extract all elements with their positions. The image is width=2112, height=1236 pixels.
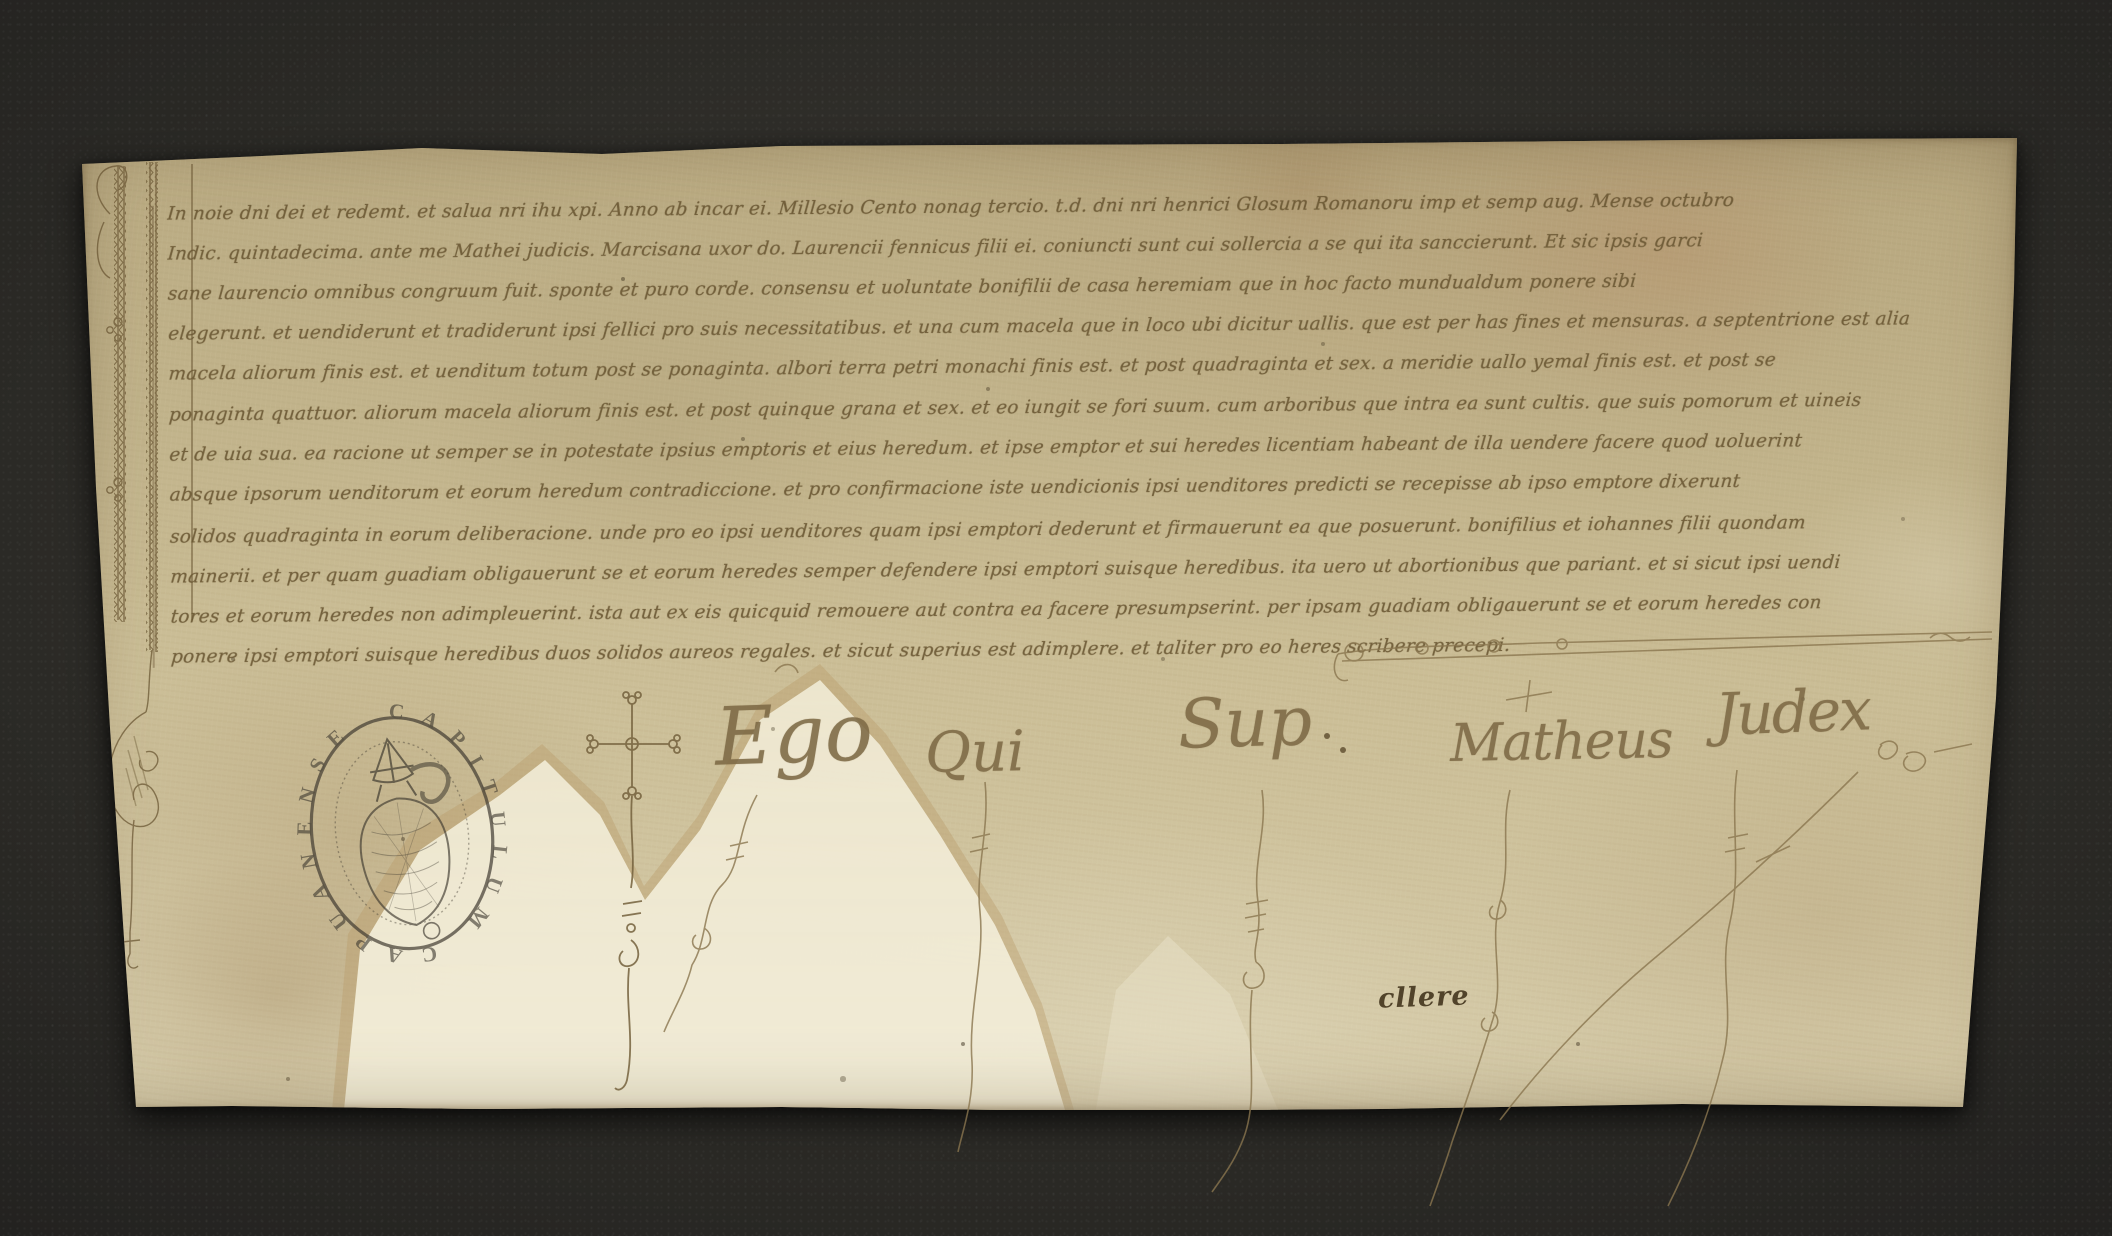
shield-device (353, 792, 462, 948)
manuscript-line: sane laurencio omnibus congruum fuit. sp… (166, 268, 1993, 324)
manuscript-line: ponaginta quattuor. aliorum macela alior… (167, 389, 1994, 445)
notarial-sign-ornament (88, 150, 208, 980)
manuscript-line: mainerii. et per quam guadiam obligaueru… (168, 551, 1995, 607)
manuscript-line: solidos quadraginta in eorum deliberacio… (168, 511, 1995, 567)
signature-word-qui: Qui (924, 719, 1025, 786)
signature-word-sup: Sup (1177, 682, 1313, 764)
ink-specks (82, 138, 84, 140)
manuscript-line: ponere ipsi emptori suisque heredibus du… (169, 631, 1996, 687)
stamp-drawing: CAPITULUM CAPUANENSE (273, 683, 532, 985)
manuscript-line: et de uia sua. ea racione ut semper se i… (167, 429, 1994, 485)
signature-word-judex: Judex (1714, 675, 1871, 748)
ornament-strokes (97, 162, 192, 968)
signature-word-matheus: Matheus (1449, 710, 1673, 774)
invocation-cross-icon (585, 688, 685, 1098)
parchment-shadow-wrap: In noie dni dei et redemt. et salua nri … (0, 0, 2112, 1236)
photograph-of-parchment-charter: In noie dni dei et redemt. et salua nri … (0, 0, 2112, 1236)
margin-rule-line (152, 206, 155, 668)
cross-strokes (587, 692, 680, 1090)
manuscript-line: macela aliorum finis est. et uenditum to… (166, 348, 1993, 404)
manuscript-line: elegerunt. et uendiderunt et tradiderunt… (166, 308, 1993, 364)
manuscript-line: absque ipsorum uenditorum et eorum hered… (167, 469, 1994, 525)
capitular-seal-stamp: CAPITULUM CAPUANENSE (278, 687, 528, 979)
signature-word-ego: Ego (713, 685, 874, 783)
manuscript-line: tores et eorum heredes non adimpleuerint… (168, 591, 1995, 647)
archival-annotation: cllere (1377, 980, 1470, 1014)
manuscript-line: Indic. quintadecima. ante me Mathei judi… (165, 228, 1992, 284)
manuscript-line: In noie dni dei et redemt. et salua nri … (165, 188, 1992, 244)
